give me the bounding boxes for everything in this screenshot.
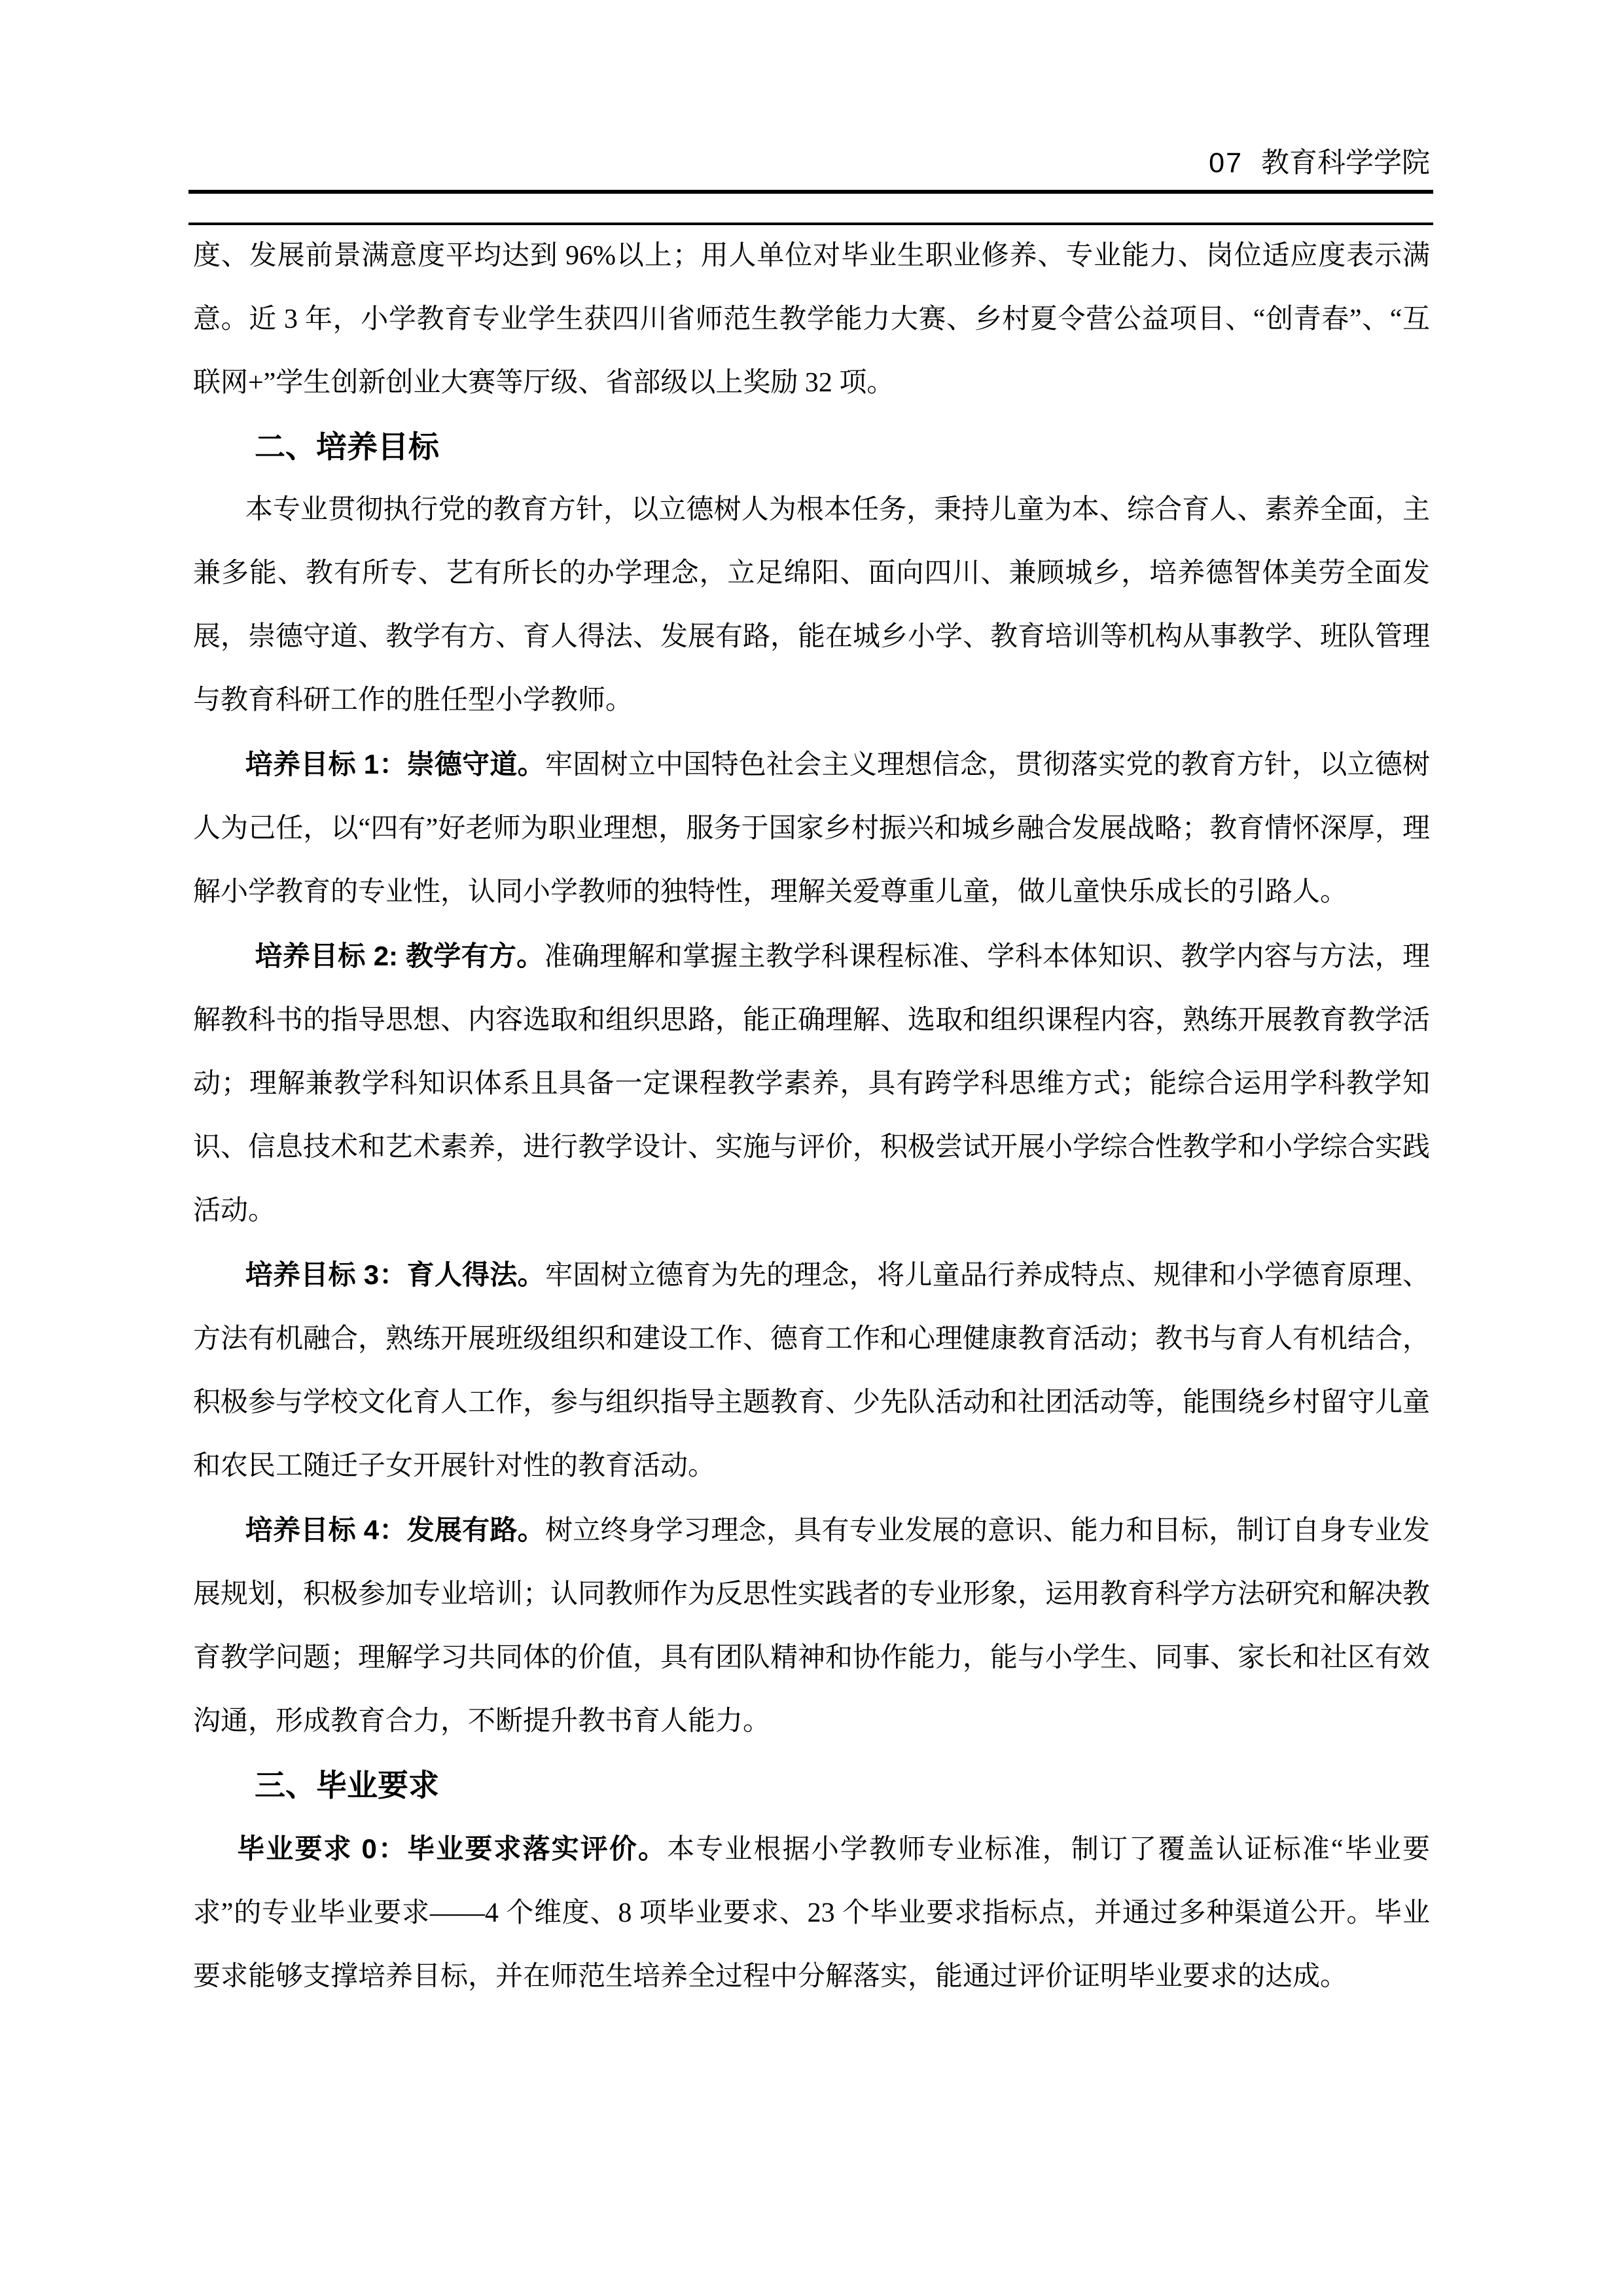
bold-run: 毕业要求 0：毕业要求落实评价。: [237, 1833, 667, 1864]
paragraph: 度、发展前景满意度平均达到 96%以上；用人单位对毕业生职业修养、专业能力、岗位…: [193, 224, 1430, 415]
paragraph: 培养目标 1：崇德守道。牢固树立中国特色社会主义理想信念，贯彻落实党的教育方针，…: [193, 732, 1430, 924]
bold-run: 培养目标 1：崇德守道。: [245, 749, 545, 780]
paragraph: 培养目标 4：发展有路。树立终身学习理念，具有专业发展的意识、能力和目标，制订自…: [193, 1498, 1430, 1753]
paragraph: 培养目标 3：育人得法。牢固树立德育为先的理念，将儿童品行养成特点、规律和小学德…: [193, 1243, 1430, 1498]
header-rule-thick: [188, 190, 1433, 194]
text-run: 牢固树立德育为先的理念，将儿童品行养成特点、规律和小学德育原理、方法有机融合，熟…: [193, 1261, 1430, 1481]
section-heading: 三、毕业要求: [193, 1753, 1430, 1817]
page-header: 07教育科学学院: [1209, 147, 1430, 179]
text-run: 度、发展前景满意度平均达到 96%以上；用人单位对毕业生职业修养、专业能力、岗位…: [193, 241, 1430, 398]
text-run: 准确理解和掌握主教学科课程标准、学科本体知识、教学内容与方法，理解教科书的指导思…: [193, 942, 1430, 1226]
section-heading: 二、培养目标: [193, 415, 1430, 478]
text-run: 树立终身学习理念，具有专业发展的意识、能力和目标，制订自身专业发展规划，积极参加…: [193, 1516, 1430, 1736]
bold-run: 培养目标 4：发展有路。: [245, 1515, 545, 1545]
bold-run: 培养目标 2: 教学有方。: [255, 941, 544, 971]
bold-run: 培养目标 3：育人得法。: [245, 1259, 545, 1290]
text-run: 本专业贯彻执行党的教育方针，以立德树人为根本任务，秉持儿童为本、综合育人、素养全…: [193, 495, 1430, 715]
header-chapter-number: 07: [1209, 147, 1243, 179]
bold-run: 二、培养目标: [255, 429, 439, 464]
paragraph: 本专业贯彻执行党的教育方针，以立德树人为根本任务，秉持儿童为本、综合育人、素养全…: [193, 478, 1430, 732]
bold-run: 三、毕业要求: [255, 1768, 439, 1803]
header-college-title: 教育科学学院: [1261, 147, 1430, 179]
paragraph: 培养目标 2: 教学有方。准确理解和掌握主教学科课程标准、学科本体知识、教学内容…: [193, 924, 1430, 1243]
document-page: 07教育科学学院 度、发展前景满意度平均达到 96%以上；用人单位对毕业生职业修…: [0, 0, 1623, 2296]
paragraph: 毕业要求 0：毕业要求落实评价。本专业根据小学教师专业标准，制订了覆盖认证标准“…: [193, 1817, 1430, 2009]
document-body: 度、发展前景满意度平均达到 96%以上；用人单位对毕业生职业修养、专业能力、岗位…: [193, 224, 1430, 2009]
